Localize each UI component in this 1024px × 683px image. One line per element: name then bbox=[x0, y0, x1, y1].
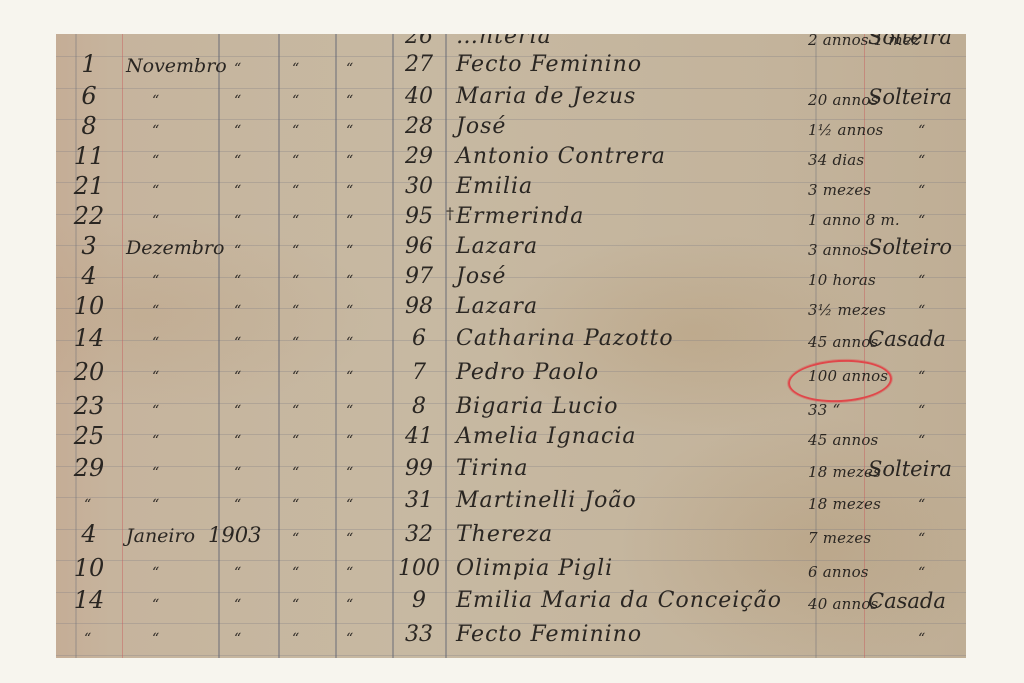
entry-marital-status: Solteiro bbox=[868, 237, 952, 258]
ditto-mark: “ bbox=[346, 532, 353, 546]
ledger-row: 1Novembro“““27Fecto Feminino bbox=[56, 50, 966, 80]
entry-month: Novembro bbox=[126, 57, 227, 76]
ditto-mark: “ bbox=[292, 598, 299, 612]
entry-number: 26 bbox=[398, 34, 440, 48]
entry-day: 11 bbox=[64, 144, 114, 168]
ditto-mark: “ bbox=[346, 434, 353, 448]
entry-marital-status: Solteira bbox=[868, 459, 952, 480]
ditto-mark: “ bbox=[346, 244, 353, 258]
entry-age: 3 mezes bbox=[808, 183, 871, 198]
ditto-mark: “ bbox=[292, 124, 299, 138]
entry-day: 20 bbox=[64, 360, 114, 384]
ditto-mark: “ bbox=[346, 466, 353, 480]
entry-name: …nteria bbox=[456, 34, 552, 48]
entry-marital-status: “ bbox=[918, 404, 925, 418]
entry-age: 10 horas bbox=[808, 273, 876, 288]
entry-number: 96 bbox=[398, 236, 440, 258]
entry-name: José bbox=[456, 116, 506, 138]
entry-number: 98 bbox=[398, 296, 440, 318]
ledger-row: 3Dezembro“““96Lazara3 annosSolteiro bbox=[56, 232, 966, 262]
entry-number: 97 bbox=[398, 266, 440, 288]
ditto-mark: “ bbox=[292, 154, 299, 168]
ditto-mark: “ bbox=[292, 404, 299, 418]
ditto-mark: “ bbox=[346, 62, 353, 76]
ditto-mark: “ bbox=[234, 244, 241, 258]
entry-month: “ bbox=[152, 566, 159, 580]
entry-number: 99 bbox=[398, 458, 440, 480]
ditto-mark: “ bbox=[346, 632, 353, 646]
ditto-mark: “ bbox=[346, 304, 353, 318]
entry-number: 8 bbox=[398, 396, 440, 418]
ditto-mark: “ bbox=[234, 154, 241, 168]
entry-month: “ bbox=[152, 336, 159, 350]
ditto-mark: “ bbox=[234, 370, 241, 384]
ledger-row: 4““““97José10 horas“ bbox=[56, 262, 966, 292]
ditto-mark: “ bbox=[292, 532, 299, 546]
entry-day: 14 bbox=[64, 588, 114, 612]
ditto-mark: “ bbox=[292, 184, 299, 198]
entry-number: 33 bbox=[398, 624, 440, 646]
entry-month: “ bbox=[152, 214, 159, 228]
entry-month: “ bbox=[152, 94, 159, 108]
entry-month: “ bbox=[152, 404, 159, 418]
entry-name: Maria de Jezus bbox=[456, 86, 636, 108]
entry-name: Bigaria Lucio bbox=[456, 396, 618, 418]
entry-name: Martinelli João bbox=[456, 490, 637, 512]
entry-marital-status: Casada bbox=[868, 329, 946, 350]
entry-day: 22 bbox=[64, 204, 114, 228]
entry-day: 1 bbox=[64, 52, 114, 76]
entry-month: “ bbox=[152, 370, 159, 384]
entry-marital-status: “ bbox=[918, 184, 925, 198]
ditto-mark: “ bbox=[292, 274, 299, 288]
ditto-mark: “ bbox=[234, 598, 241, 612]
ditto-mark: “ bbox=[234, 184, 241, 198]
entry-marital-status: Solteira bbox=[868, 34, 952, 48]
entry-number: 100 bbox=[398, 558, 440, 580]
entry-day: 23 bbox=[64, 394, 114, 418]
entry-day: 10 bbox=[64, 556, 114, 580]
ditto-mark: “ bbox=[346, 598, 353, 612]
ditto-mark: “ bbox=[292, 94, 299, 108]
entry-marital-status: “ bbox=[918, 532, 925, 546]
entry-day: 29 bbox=[64, 456, 114, 480]
ditto-mark: “ bbox=[234, 274, 241, 288]
entry-number: 31 bbox=[398, 490, 440, 512]
entry-day: 8 bbox=[64, 114, 114, 138]
ditto-mark: “ bbox=[346, 154, 353, 168]
ditto-mark: “ bbox=[292, 304, 299, 318]
ditto-mark: “ bbox=[234, 214, 241, 228]
ditto-mark: “ bbox=[292, 62, 299, 76]
entry-age: 18 mezes bbox=[808, 497, 881, 512]
ledger-row: 29““““99Tirina18 mezesSolteira bbox=[56, 454, 966, 484]
ledger-row: 14““““9Emilia Maria da Conceição40 annos… bbox=[56, 586, 966, 616]
entry-marital-status: Solteira bbox=[868, 87, 952, 108]
entry-day: 14 bbox=[64, 326, 114, 350]
entry-name: Fecto Feminino bbox=[456, 624, 642, 646]
ledger-row: 8““““28José1½ annos“ bbox=[56, 112, 966, 142]
ditto-mark: “ bbox=[234, 498, 241, 512]
ledger-row: “““““31Martinelli João18 mezes“ bbox=[56, 486, 966, 516]
ditto-mark: “ bbox=[292, 466, 299, 480]
entry-age: 3 annos bbox=[808, 243, 869, 258]
entry-age: 33 “ bbox=[808, 403, 840, 418]
ruled-line bbox=[56, 655, 966, 656]
entry-name: Amelia Ignacia bbox=[456, 426, 636, 448]
entry-marital-status: “ bbox=[918, 434, 925, 448]
entry-number: 28 bbox=[398, 116, 440, 138]
ditto-mark: “ bbox=[346, 184, 353, 198]
entry-month: “ bbox=[152, 498, 159, 512]
ditto-mark: “ bbox=[234, 62, 241, 76]
entry-age: 1½ annos bbox=[808, 123, 883, 138]
entry-age: 1 anno 8 m. bbox=[808, 213, 900, 228]
entry-name: Antonio Contrera bbox=[456, 146, 666, 168]
ditto-mark: “ bbox=[292, 434, 299, 448]
ledger-page: 26…nteria2 annos 1 mezSolteira1Novembro“… bbox=[56, 34, 966, 658]
entry-name: Emilia bbox=[456, 176, 533, 198]
entry-month: Janeiro bbox=[126, 527, 195, 546]
ditto-mark: “ bbox=[346, 124, 353, 138]
entry-month: “ bbox=[152, 466, 159, 480]
ditto-mark: “ bbox=[346, 370, 353, 384]
entry-day: 10 bbox=[64, 294, 114, 318]
entry-marital-status: “ bbox=[918, 632, 925, 646]
entry-name: Thereza bbox=[456, 524, 553, 546]
entry-marital-status: “ bbox=[918, 498, 925, 512]
entry-month: “ bbox=[152, 434, 159, 448]
ledger-row: 6““““40Maria de Jezus20 annosSolteira bbox=[56, 82, 966, 112]
ditto-mark: “ bbox=[292, 498, 299, 512]
ditto-mark: “ bbox=[346, 404, 353, 418]
ditto-mark: “ bbox=[292, 632, 299, 646]
ditto-mark: “ bbox=[234, 304, 241, 318]
entry-age: 6 annos bbox=[808, 565, 869, 580]
entry-marital-status: “ bbox=[918, 154, 925, 168]
entry-name: Fecto Feminino bbox=[456, 54, 642, 76]
entry-day: 6 bbox=[64, 84, 114, 108]
ditto-mark: “ bbox=[346, 94, 353, 108]
entry-month: “ bbox=[152, 274, 159, 288]
entry-marital-status: Casada bbox=[868, 591, 946, 612]
entry-number: 9 bbox=[398, 590, 440, 612]
entry-day: 4 bbox=[64, 264, 114, 288]
entry-month: “ bbox=[152, 632, 159, 646]
entry-day: 4 bbox=[64, 522, 114, 546]
entry-month: “ bbox=[152, 598, 159, 612]
entry-marital-status: “ bbox=[918, 566, 925, 580]
ledger-row: 11““““29Antonio Contrera34 dias“ bbox=[56, 142, 966, 172]
entry-name: Ermerinda bbox=[456, 206, 584, 228]
entry-day: 25 bbox=[64, 424, 114, 448]
entry-name: Tirina bbox=[456, 458, 529, 480]
ditto-mark: “ bbox=[346, 566, 353, 580]
entry-name: Catharina Pazotto bbox=[456, 328, 674, 350]
entry-month: “ bbox=[152, 304, 159, 318]
ditto-mark: “ bbox=[292, 370, 299, 384]
entry-number: 6 bbox=[398, 328, 440, 350]
entry-marital-status: “ bbox=[918, 304, 925, 318]
entry-day: 3 bbox=[64, 234, 114, 258]
ditto-mark: “ bbox=[292, 566, 299, 580]
entry-day: “ bbox=[84, 632, 91, 646]
entry-name: Lazara bbox=[456, 296, 538, 318]
entry-marital-status: “ bbox=[918, 124, 925, 138]
ditto-mark: “ bbox=[292, 244, 299, 258]
entry-marital-status: “ bbox=[918, 274, 925, 288]
entry-name: Pedro Paolo bbox=[456, 362, 599, 384]
ditto-mark: “ bbox=[234, 336, 241, 350]
entry-age: 45 annos bbox=[808, 433, 878, 448]
entry-year: 1903 bbox=[208, 525, 261, 546]
ledger-row: 22““““95†Ermerinda1 anno 8 m.“ bbox=[56, 202, 966, 232]
entry-month: “ bbox=[152, 154, 159, 168]
entry-month: “ bbox=[152, 124, 159, 138]
entry-number: 41 bbox=[398, 426, 440, 448]
ditto-mark: “ bbox=[346, 498, 353, 512]
entry-marital-status: “ bbox=[918, 214, 925, 228]
entry-name: Emilia Maria da Conceição bbox=[456, 590, 782, 612]
ledger-row: “““““33Fecto Feminino“ bbox=[56, 620, 966, 650]
ledger-row: 4Janeiro1903““32Thereza7 mezes“ bbox=[56, 520, 966, 550]
ledger-row: 21““““30Emilia3 mezes“ bbox=[56, 172, 966, 202]
entry-day: “ bbox=[84, 498, 91, 512]
entry-month: “ bbox=[152, 184, 159, 198]
ditto-mark: “ bbox=[234, 434, 241, 448]
entry-number: 30 bbox=[398, 176, 440, 198]
ditto-mark: “ bbox=[292, 214, 299, 228]
cross-mark-icon: † bbox=[446, 206, 454, 222]
entry-day: 21 bbox=[64, 174, 114, 198]
entry-number: 7 bbox=[398, 362, 440, 384]
ledger-row: 10““““98Lazara3½ mezes“ bbox=[56, 292, 966, 322]
entry-number: 29 bbox=[398, 146, 440, 168]
ledger-row: 10““““100Olimpia Pigli6 annos“ bbox=[56, 554, 966, 584]
ledger-row: 14““““6Catharina Pazotto45 annosCasada bbox=[56, 324, 966, 354]
entry-age: 7 mezes bbox=[808, 531, 871, 546]
entry-name: Olimpia Pigli bbox=[456, 558, 613, 580]
entry-number: 32 bbox=[398, 524, 440, 546]
ditto-mark: “ bbox=[234, 124, 241, 138]
ditto-mark: “ bbox=[234, 94, 241, 108]
ditto-mark: “ bbox=[346, 214, 353, 228]
entry-number: 40 bbox=[398, 86, 440, 108]
ditto-mark: “ bbox=[346, 274, 353, 288]
entry-name: José bbox=[456, 266, 506, 288]
entry-month: Dezembro bbox=[126, 239, 224, 258]
ledger-row: 25““““41Amelia Ignacia45 annos“ bbox=[56, 422, 966, 452]
entry-name: Lazara bbox=[456, 236, 538, 258]
entry-age: 34 dias bbox=[808, 153, 864, 168]
ditto-mark: “ bbox=[234, 566, 241, 580]
entry-number: 95 bbox=[398, 206, 440, 228]
entry-number: 27 bbox=[398, 54, 440, 76]
ditto-mark: “ bbox=[346, 336, 353, 350]
ditto-mark: “ bbox=[234, 404, 241, 418]
entry-marital-status: “ bbox=[918, 370, 925, 384]
entry-age: 3½ mezes bbox=[808, 303, 886, 318]
ditto-mark: “ bbox=[292, 336, 299, 350]
ditto-mark: “ bbox=[234, 466, 241, 480]
ditto-mark: “ bbox=[234, 632, 241, 646]
